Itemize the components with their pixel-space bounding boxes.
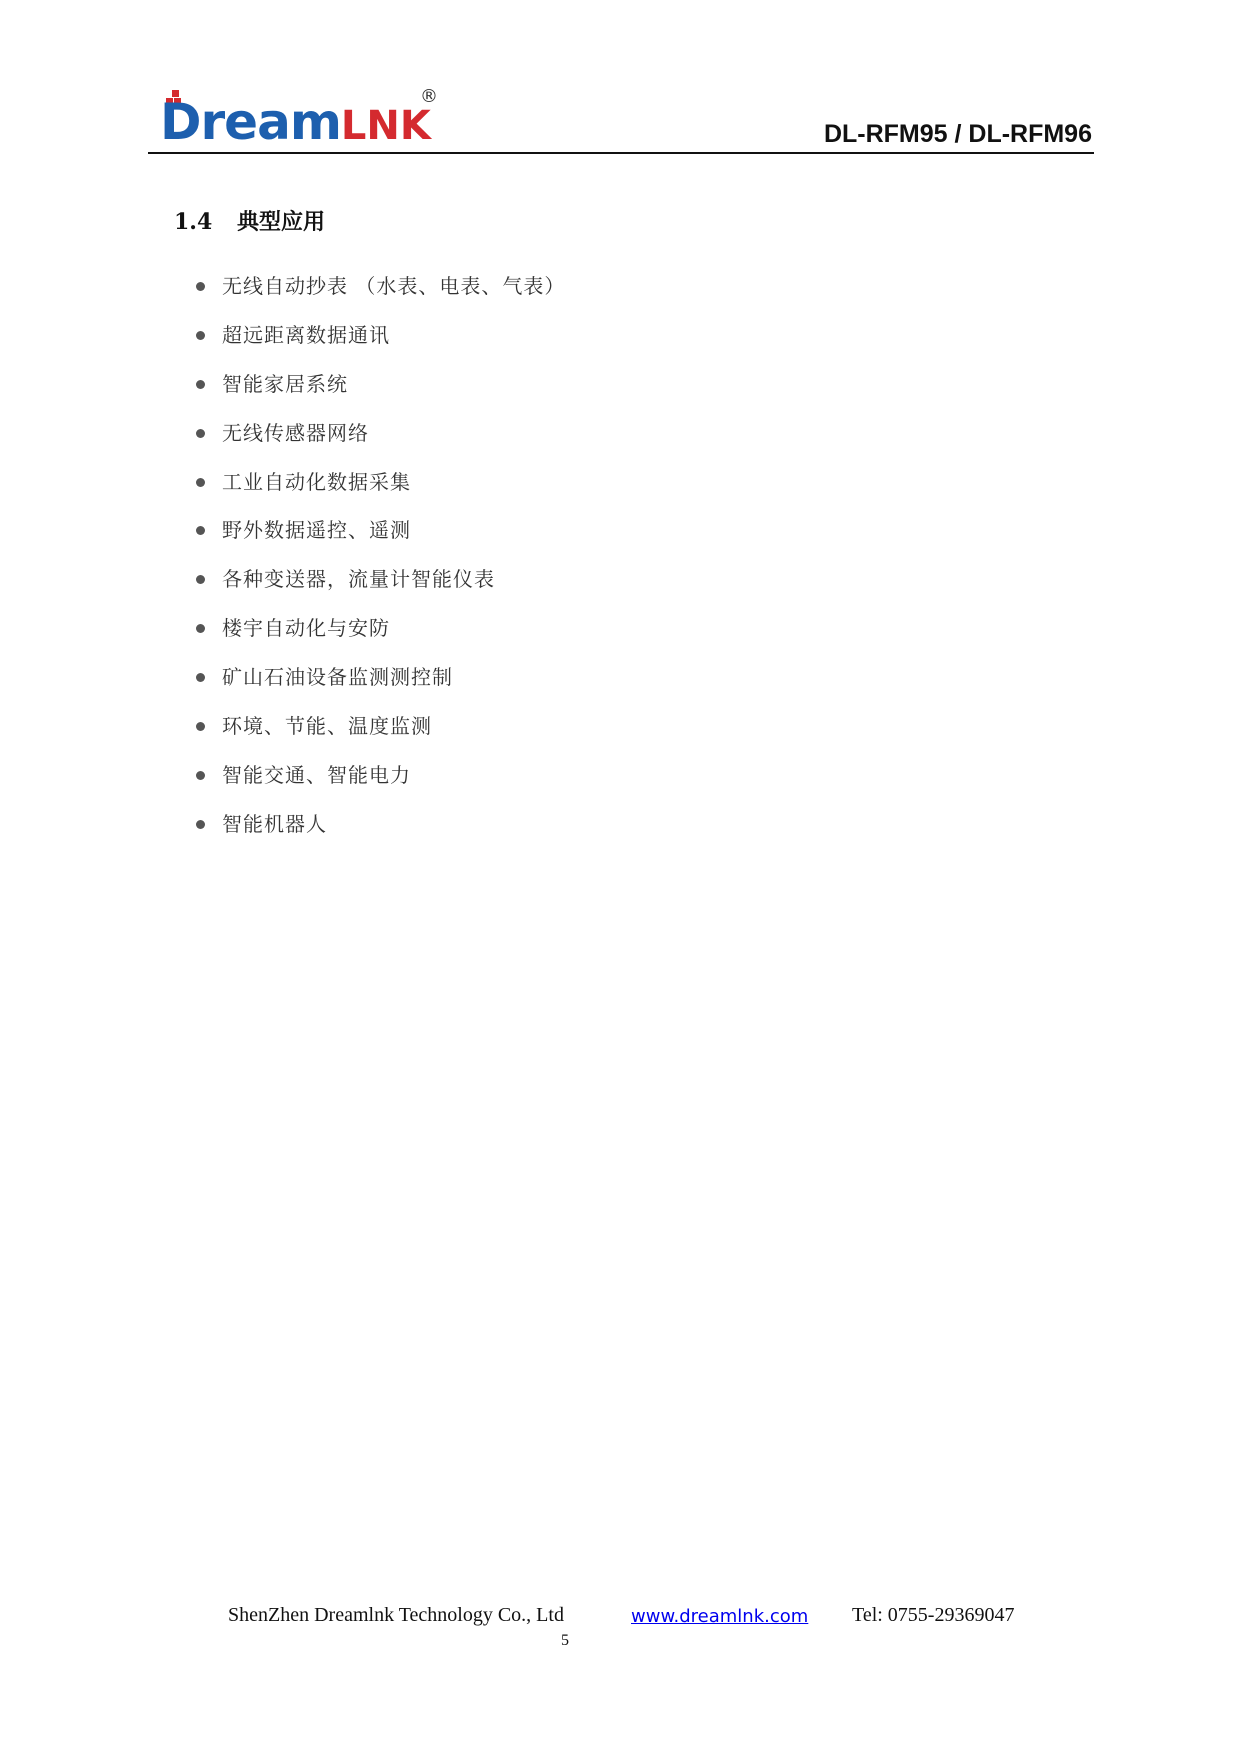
- section-heading: 1.4典型应用: [174, 205, 325, 236]
- list-item: 无线传感器网络: [196, 407, 565, 456]
- bullet-icon: [196, 575, 205, 584]
- bullet-icon: [196, 331, 205, 340]
- list-item: 矿山石油设备监测测控制: [196, 651, 565, 700]
- footer-company-name: ShenZhen Dreamlnk Technology Co., Ltd: [228, 1604, 564, 1627]
- document-title: DL-RFM95 / DL-RFM96: [824, 120, 1092, 149]
- list-item: 各种变送器，流量计智能仪表: [196, 553, 565, 602]
- bullet-icon: [196, 429, 205, 438]
- company-logo: DreamLNK ®: [160, 86, 460, 146]
- list-item: 超远距离数据通讯: [196, 309, 565, 358]
- list-item: 无线自动抄表 （水表、电表、气表）: [196, 260, 565, 309]
- logo-brand-lnk: LNK: [341, 103, 431, 149]
- section-title: 典型应用: [237, 209, 325, 235]
- list-item: 工业自动化数据采集: [196, 456, 565, 505]
- logo-brand-dream: Dream: [160, 93, 341, 151]
- bullet-icon: [196, 282, 205, 291]
- bullet-icon: [196, 526, 205, 535]
- footer-telephone: Tel: 0755-29369047: [852, 1604, 1014, 1627]
- list-item: 智能交通、智能电力: [196, 749, 565, 798]
- list-item: 野外数据遥控、遥测: [196, 504, 565, 553]
- header-divider: [148, 152, 1094, 154]
- list-item: 环境、节能、温度监测: [196, 700, 565, 749]
- application-list: 无线自动抄表 （水表、电表、气表） 超远距离数据通讯 智能家居系统 无线传感器网…: [196, 260, 565, 847]
- section-number: 1.4: [174, 209, 237, 235]
- bullet-icon: [196, 478, 205, 487]
- bullet-icon: [196, 624, 205, 633]
- bullet-icon: [196, 820, 205, 829]
- footer-website-link[interactable]: www.dreamlnk.com: [631, 1606, 808, 1627]
- list-item: 智能机器人: [196, 798, 565, 847]
- logo-wordmark: DreamLNK: [160, 92, 431, 156]
- bullet-icon: [196, 722, 205, 731]
- bullet-icon: [196, 771, 205, 780]
- bullet-icon: [196, 673, 205, 682]
- bullet-icon: [196, 380, 205, 389]
- list-item: 智能家居系统: [196, 358, 565, 407]
- list-item: 楼宇自动化与安防: [196, 602, 565, 651]
- registered-mark: ®: [420, 86, 438, 107]
- page-number: 5: [561, 1632, 569, 1650]
